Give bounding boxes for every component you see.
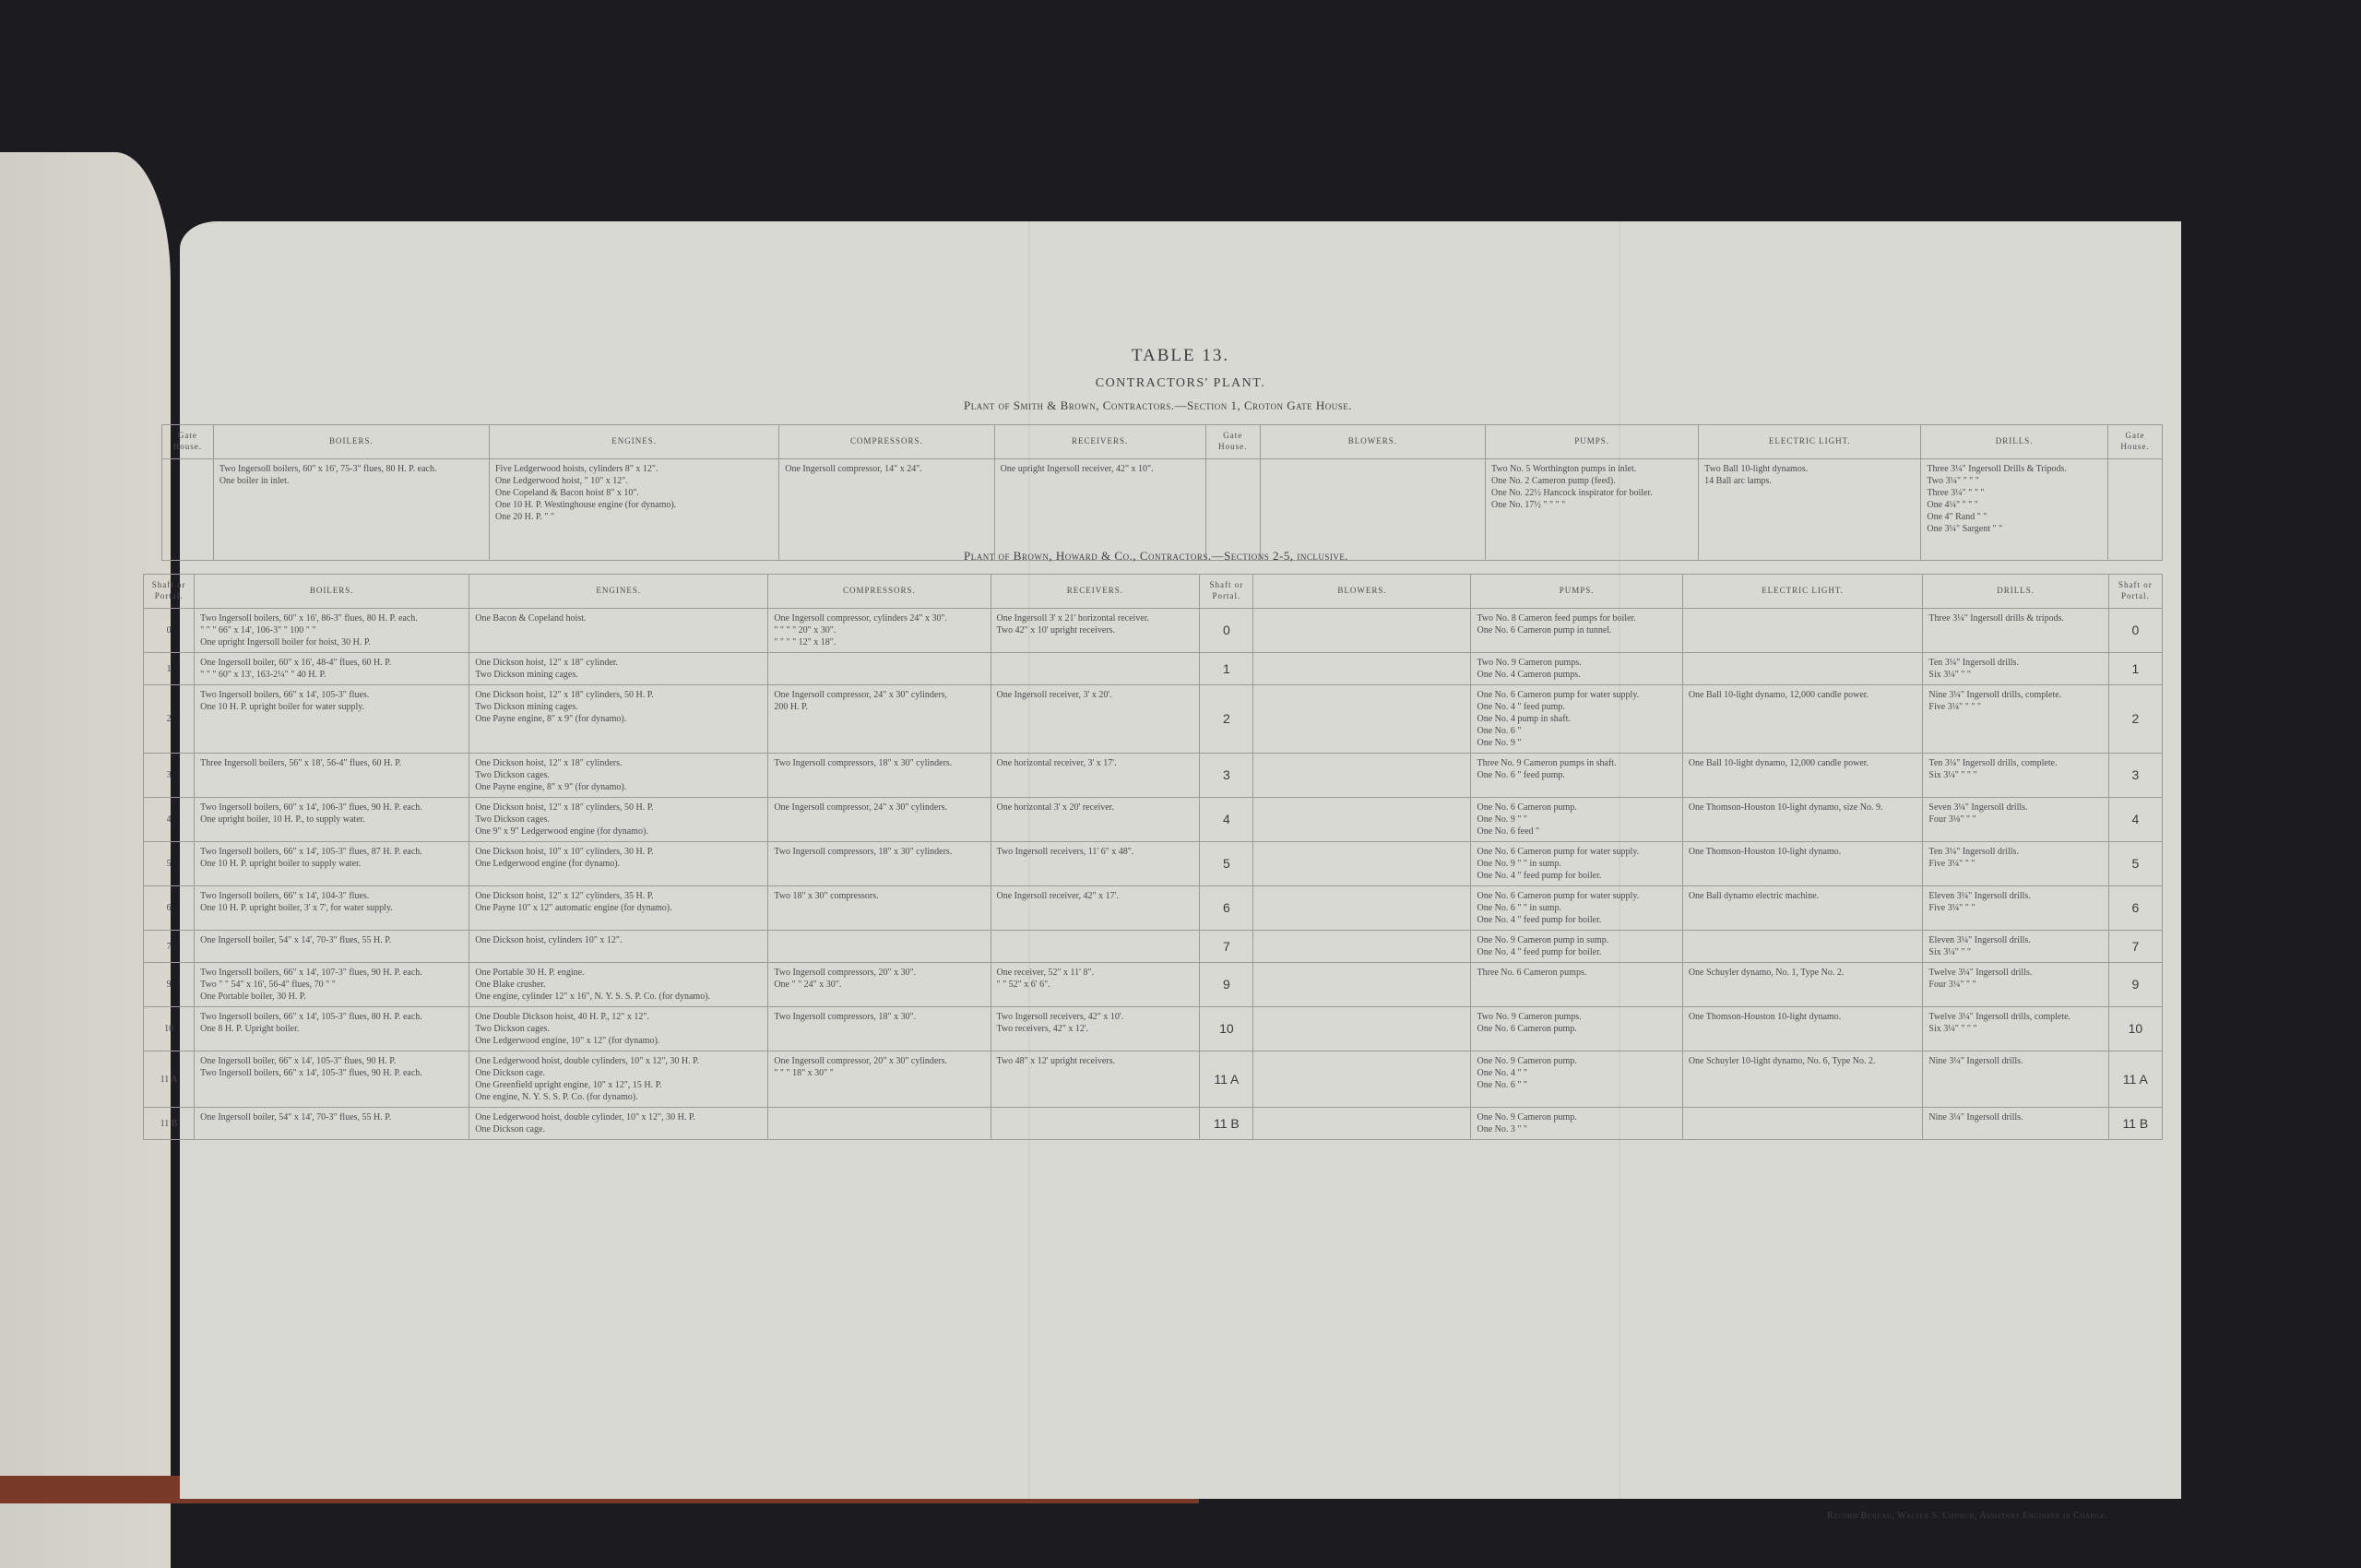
cell-line: One upright Ingersoll receiver, 42" x 10… [1001, 463, 1200, 475]
cell-line: One Ingersoll 3' x 21' horizontal receiv… [997, 612, 1194, 624]
cell-line: Five 3¼" " " [1928, 902, 2102, 914]
table-cell: Two Ingersoll boilers, 60" x 16', 75-3" … [213, 459, 489, 561]
table-cell: One Ingersoll 3' x 21' horizontal receiv… [991, 609, 1200, 653]
cell-line: One No. 9 Cameron pump. [1477, 1111, 1676, 1123]
cell-line: Two Ingersoll boilers, 66" x 14', 105-3"… [200, 846, 463, 858]
table-cell [991, 931, 1200, 963]
table-cell: One Dickson hoist, 12" x 18" cylinders, … [469, 685, 768, 754]
cell-line: One Payne 10" x 12" automatic engine (fo… [475, 902, 762, 914]
shaft-number: 3 [2108, 754, 2162, 798]
column-header: RECEIVERS. [994, 425, 1205, 459]
table-cell: Two Ingersoll compressors, 18" x 30". [768, 1007, 991, 1051]
cell-line: One No. 4 " feed pump for boiler. [1477, 914, 1676, 926]
foldout-table-sheet: TABLE 13. CONTRACTORS' PLANT. Plant of S… [180, 221, 2181, 1499]
table-cell: One upright Ingersoll receiver, 42" x 10… [994, 459, 1205, 561]
cell-line: Two Ingersoll boilers, 66" x 14', 105-3"… [200, 1067, 463, 1079]
table-cell: One Portable 30 H. P. engine.One Blake c… [469, 963, 768, 1007]
cell-line: One Ball 10-light dynamo, 12,000 candle … [1689, 689, 1917, 701]
cell-line: " " " " 12" x 18". [774, 636, 984, 648]
table-cell: One Dickson hoist, 10" x 10" cylinders, … [469, 842, 768, 886]
cell-line: One Payne engine, 8" x 9" (for dynamo). [475, 781, 762, 793]
table-cell: One Double Dickson hoist, 40 H. P., 12" … [469, 1007, 768, 1051]
table-cell: One No. 9 Cameron pump.One No. 3 " " [1471, 1108, 1682, 1140]
cell-line: Three Ingersoll boilers, 56" x 18', 56-4… [200, 757, 463, 769]
cell-line: One Greenfield upright engine, 10" x 12"… [475, 1079, 762, 1091]
table-cell: One Dickson hoist, 12" x 18" cylinders.T… [469, 754, 768, 798]
table-cell: Eleven 3¼" Ingersoll drills.Six 3¼" " " [1923, 931, 2108, 963]
shaft-number: 9 [2108, 963, 2162, 1007]
cell-line: One No. 4 pump in shaft. [1477, 713, 1676, 725]
table-cell: One Ingersoll receiver, 3' x 20'. [991, 685, 1200, 754]
cell-line: One 3¼" Sargent " " [1927, 523, 2102, 535]
table-cell: Ten 3¼" Ingersoll drills.Five 3¼" " " [1923, 842, 2108, 886]
cell-line: One No. 6 Cameron pump for water supply. [1477, 846, 1676, 858]
cell-line: One 4¼" " " " [1927, 499, 2102, 511]
cell-line: Two Dickson mining cages. [475, 701, 762, 713]
shaft-number: 5 [144, 842, 195, 886]
table-cell: Two Ingersoll boilers, 60" x 16', 86-3" … [195, 609, 469, 653]
table-cell [1253, 886, 1471, 931]
cell-line: One Ingersoll compressor, 24" x 30" cyli… [774, 802, 984, 814]
cell-line: One No. 22½ Hancock inspirator for boile… [1491, 487, 1692, 499]
cell-line: Two Ingersoll compressors, 18" x 30". [774, 1011, 984, 1023]
cell-line: One Ingersoll boiler, 66" x 14', 105-3" … [200, 1055, 463, 1067]
cell-line: One No. 4 Cameron pumps. [1477, 669, 1676, 681]
cell-line: Two Ingersoll boilers, 66" x 14', 105-3"… [200, 689, 463, 701]
table-cell: One No. 9 Cameron pump in sump.One No. 4… [1471, 931, 1682, 963]
column-header: Gate House. [162, 425, 214, 459]
shaft-number [162, 459, 214, 561]
cell-line: Five 3¼" " " [1928, 858, 2102, 870]
table-row: 9Two Ingersoll boilers, 66" x 14', 107-3… [144, 963, 2163, 1007]
cell-line: One Portable boiler, 30 H. P. [200, 991, 463, 1003]
cell-line: One upright Ingersoll boiler for hoist, … [200, 636, 463, 648]
cell-line: Two Ingersoll boilers, 60" x 16', 75-3" … [219, 463, 483, 475]
column-header: DRILLS. [1923, 575, 2108, 609]
shaft-number [2107, 459, 2162, 561]
cell-line: One No. 6 " " [1477, 1079, 1676, 1091]
column-header: ENGINES. [469, 575, 768, 609]
cell-line: One No. 6 Cameron pump for water supply. [1477, 689, 1676, 701]
cell-line: Eleven 3¼" Ingersoll drills. [1928, 890, 2102, 902]
table-cell: Three 3¼" Ingersoll drills & tripods. [1923, 609, 2108, 653]
table-cell: One Ingersoll boiler, 60" x 16', 48-4" f… [195, 653, 469, 685]
section2-table: Shaft or Portal.BOILERS.ENGINES.COMPRESS… [143, 574, 2163, 1140]
cell-line: One Ball 10-light dynamo, 12,000 candle … [1689, 757, 1917, 769]
shaft-number: 11 A [2108, 1051, 2162, 1108]
cell-line: Six 3¼" " " " [1928, 1023, 2102, 1035]
cell-line: Ten 3¼" Ingersoll drills. [1928, 846, 2102, 858]
cell-line: Two receivers, 42" x 12'. [997, 1023, 1194, 1035]
cell-line: One No. 4 " feed pump for boiler. [1477, 946, 1676, 958]
column-header: Gate House. [1205, 425, 1260, 459]
cell-line: Ten 3¼" Ingersoll drills, complete. [1928, 757, 2102, 769]
cell-line: Three No. 6 Cameron pumps. [1477, 967, 1676, 979]
table-cell: One Thomson-Houston 10-light dynamo, siz… [1682, 798, 1923, 842]
cell-line: One Ball dynamo electric machine. [1689, 890, 1917, 902]
table-cell: One Ingersoll boiler, 66" x 14', 105-3" … [195, 1051, 469, 1108]
cell-line: One Ledgerwood engine (for dynamo). [475, 858, 762, 870]
table-cell: Two Ingersoll receivers, 11' 6" x 48". [991, 842, 1200, 886]
shaft-number: 2 [1200, 685, 1253, 754]
table-cell [1253, 609, 1471, 653]
table-cell [1253, 1051, 1471, 1108]
column-header: COMPRESSORS. [768, 575, 991, 609]
shaft-number: 6 [144, 886, 195, 931]
table-row: 6Two Ingersoll boilers, 66" x 14', 104-3… [144, 886, 2163, 931]
shaft-number: 4 [1200, 798, 1253, 842]
cell-line: " " 52" x 6' 6". [997, 979, 1194, 991]
table-cell: One No. 6 Cameron pump for water supply.… [1471, 842, 1682, 886]
cell-line: One 8 H. P. Upright boiler. [200, 1023, 463, 1035]
table-row: 1One Ingersoll boiler, 60" x 16', 48-4" … [144, 653, 2163, 685]
shaft-number: 11 B [144, 1108, 195, 1140]
cell-line: One No. 6 " feed pump. [1477, 769, 1676, 781]
cell-line: One Ingersoll compressor, 24" x 30" cyli… [774, 689, 984, 701]
table-cell [1682, 609, 1923, 653]
table-cell: Two No. 5 Worthington pumps in inlet.One… [1486, 459, 1699, 561]
cell-line: One No. 9 Cameron pump. [1477, 1055, 1676, 1067]
cell-line: Four 3⅛" " " [1928, 814, 2102, 826]
cell-line: One No. 6 Cameron pump for water supply. [1477, 890, 1676, 902]
table-cell: One No. 6 Cameron pump for water supply.… [1471, 886, 1682, 931]
table-cell: One Thomson-Houston 10-light dynamo. [1682, 842, 1923, 886]
cell-line: Two Ingersoll compressors, 18" x 30" cyl… [774, 757, 984, 769]
shaft-number: 2 [144, 685, 195, 754]
table-cell: One Ingersoll boiler, 54" x 14', 70-3" f… [195, 931, 469, 963]
cell-line: Two Ingersoll compressors, 18" x 30" cyl… [774, 846, 984, 858]
cell-line: One No. 4 " feed pump for boiler. [1477, 870, 1676, 882]
table-cell: One Schuyler dynamo, No. 1, Type No. 2. [1682, 963, 1923, 1007]
table-cell: One Bacon & Copeland hoist. [469, 609, 768, 653]
cell-line: Two Ingersoll boilers, 66" x 14', 104-3"… [200, 890, 463, 902]
column-header: ELECTRIC LIGHT. [1682, 575, 1923, 609]
shaft-number: 7 [1200, 931, 1253, 963]
cell-line: One Dickson hoist, 12" x 12" cylinders, … [475, 890, 762, 902]
table-cell [1253, 798, 1471, 842]
cell-line: One Ingersoll compressor, cylinders 24" … [774, 612, 984, 624]
shaft-number: 11 B [2108, 1108, 2162, 1140]
column-header: PUMPS. [1471, 575, 1682, 609]
shaft-number: 11 A [144, 1051, 195, 1108]
table-cell: Two Ingersoll boilers, 66" x 14', 105-3"… [195, 842, 469, 886]
table-cell: One Ingersoll compressor, 24" x 30" cyli… [768, 798, 991, 842]
cell-line: One No. 17½ " " " " [1491, 499, 1692, 511]
column-header: COMPRESSORS. [779, 425, 994, 459]
cell-line: Two No. 9 Cameron pumps. [1477, 657, 1676, 669]
table-subtitle: CONTRACTORS' PLANT. [180, 376, 2181, 391]
table-cell [1260, 459, 1485, 561]
cell-line: One Dickson hoist, 12" x 18" cylinders. [475, 757, 762, 769]
table-cell [1253, 1007, 1471, 1051]
cell-line: One Dickson hoist, 12" x 18" cylinders, … [475, 689, 762, 701]
table-cell: One receiver, 52" x 11' 8". " " 52" x 6'… [991, 963, 1200, 1007]
cell-line: One No. 9 " [1477, 737, 1676, 749]
table-title: TABLE 13. [180, 346, 2181, 366]
cell-line: One Ingersoll compressor, 14" x 24". [785, 463, 988, 475]
cell-line: One 4" Rand " " [1927, 511, 2102, 523]
table-cell: Two Ingersoll boilers, 66" x 14', 104-3"… [195, 886, 469, 931]
cell-line: Eleven 3¼" Ingersoll drills. [1928, 934, 2102, 946]
cell-line: " " " 66" x 14', 106-3" " 100 " " [200, 624, 463, 636]
cell-line: One engine, N. Y. S. S. P. Co. (for dyna… [475, 1091, 762, 1103]
shaft-number: 1 [144, 653, 195, 685]
table-cell: Two Ingersoll receivers, 42" x 10'.Two r… [991, 1007, 1200, 1051]
table-cell: Three Ingersoll boilers, 56" x 18', 56-4… [195, 754, 469, 798]
cell-line: One upright boiler, 10 H. P., to supply … [200, 814, 463, 826]
cell-line: One No. 4 " feed pump. [1477, 701, 1676, 713]
shaft-number: 10 [1200, 1007, 1253, 1051]
table-cell [1253, 685, 1471, 754]
column-header: BLOWERS. [1253, 575, 1471, 609]
shaft-number: 0 [144, 609, 195, 653]
table-cell: Two Ingersoll compressors, 20" x 30".One… [768, 963, 991, 1007]
shaft-number: 3 [144, 754, 195, 798]
cell-line: One Thomson-Houston 10-light dynamo. [1689, 846, 1917, 858]
cell-line: Two 18" x 30" compressors. [774, 890, 984, 902]
column-header: ELECTRIC LIGHT. [1699, 425, 1921, 459]
table-cell [1253, 963, 1471, 1007]
table-row: 2Two Ingersoll boilers, 66" x 14', 105-3… [144, 685, 2163, 754]
column-header: Shaft or Portal. [1200, 575, 1253, 609]
table-cell: Nine 3¼" Ingersoll drills. [1923, 1108, 2108, 1140]
cell-line: Seven 3¼" Ingersoll drills. [1928, 802, 2102, 814]
table-row: 5Two Ingersoll boilers, 66" x 14', 105-3… [144, 842, 2163, 886]
cell-line: One Dickson hoist, 12" x 18" cylinders, … [475, 802, 762, 814]
table-cell: Two No. 9 Cameron pumps.One No. 4 Camero… [1471, 653, 1682, 685]
cell-line: Five 3¼" " " " [1928, 701, 2102, 713]
cell-line: One Dickson hoist, 12" x 18" cylinder. [475, 657, 762, 669]
table-cell [1253, 653, 1471, 685]
section2-heading: Plant of Brown, Howard & Co., Contractor… [964, 549, 1348, 564]
table-cell: One Ball 10-light dynamo, 12,000 candle … [1682, 685, 1923, 754]
cell-line: One 10 H. P. upright boiler to supply wa… [200, 858, 463, 870]
shaft-number: 10 [2108, 1007, 2162, 1051]
cell-line: Twelve 3¼" Ingersoll drills, complete. [1928, 1011, 2102, 1023]
cell-line: Two No. 9 Cameron pumps. [1477, 1011, 1676, 1023]
cell-line: One Ingersoll receiver, 3' x 20'. [997, 689, 1194, 701]
cell-line: One Ledgerwood hoist, double cylinder, 1… [475, 1111, 762, 1123]
cell-line: Four 3¼" " " [1928, 979, 2102, 991]
cell-line: One Ingersoll boiler, 54" x 14', 70-3" f… [200, 1111, 463, 1123]
table-cell: One No. 6 Cameron pump for water supply.… [1471, 685, 1682, 754]
cell-line: Two Ingersoll boilers, 60" x 14', 106-3"… [200, 802, 463, 814]
table-cell: Nine 3¼" Ingersoll drills, complete.Five… [1923, 685, 2108, 754]
table-cell: Twelve 3¼" Ingersoll drills.Four 3¼" " " [1923, 963, 2108, 1007]
section1-header-row: Gate House.BOILERS.ENGINES.COMPRESSORS.R… [162, 425, 2163, 459]
cell-line: One horizontal receiver, 3' x 17'. [997, 757, 1194, 769]
cell-line: Nine 3¼" Ingersoll drills. [1928, 1111, 2102, 1123]
table-row: 4Two Ingersoll boilers, 60" x 14', 106-3… [144, 798, 2163, 842]
table-cell: Two Ingersoll boilers, 66" x 14', 105-3"… [195, 685, 469, 754]
table-cell: Two Ingersoll compressors, 18" x 30" cyl… [768, 842, 991, 886]
table-cell: Two Ingersoll boilers, 60" x 14', 106-3"… [195, 798, 469, 842]
column-header: RECEIVERS. [991, 575, 1200, 609]
column-header: Shaft or Portal. [2108, 575, 2162, 609]
cell-line: Two Dickson cages. [475, 769, 762, 781]
cell-line: Nine 3¼" Ingersoll drills. [1928, 1055, 2102, 1067]
cell-line: Two Ingersoll boilers, 66" x 14', 105-3"… [200, 1011, 463, 1023]
shaft-number: 1 [1200, 653, 1253, 685]
shaft-number: 2 [2108, 685, 2162, 754]
table-cell: Three No. 6 Cameron pumps. [1471, 963, 1682, 1007]
table-cell [1682, 1108, 1923, 1140]
shaft-number: 0 [1200, 609, 1253, 653]
cell-line: One Ingersoll boiler, 60" x 16', 48-4" f… [200, 657, 463, 669]
cell-line: Two 42" x 10' upright receivers. [997, 624, 1194, 636]
shaft-number: 11 A [1200, 1051, 1253, 1108]
cell-line: Six 3¼" " " [1928, 669, 2102, 681]
table-cell: Three No. 9 Cameron pumps in shaft.One N… [1471, 754, 1682, 798]
cell-line: One Schuyler 10-light dynamo, No. 6, Typ… [1689, 1055, 1917, 1067]
cell-line: One Dickson cage. [475, 1123, 762, 1135]
table-row: 3Three Ingersoll boilers, 56" x 18', 56-… [144, 754, 2163, 798]
table-cell: Five Ledgerwood hoists, cylinders 8" x 1… [489, 459, 778, 561]
shaft-number: 3 [1200, 754, 1253, 798]
shaft-number: 11 B [1200, 1108, 1253, 1140]
cell-line: One horizontal 3' x 20' receiver. [997, 802, 1194, 814]
cell-line: One Double Dickson hoist, 40 H. P., 12" … [475, 1011, 762, 1023]
column-header: BOILERS. [195, 575, 469, 609]
table-cell: Two Ingersoll boilers, 66" x 14', 105-3"… [195, 1007, 469, 1051]
cell-line: One No. 6 Cameron pump. [1477, 1023, 1676, 1035]
section1-heading: Plant of Smith & Brown, Contractors.—Sec… [964, 398, 1352, 413]
cell-line: One Ingersoll receiver, 42" x 17'. [997, 890, 1194, 902]
table-cell [1253, 754, 1471, 798]
table-cell: Twelve 3¼" Ingersoll drills, complete.Si… [1923, 1007, 2108, 1051]
table-cell: One Ingersoll compressor, 20" x 30" cyli… [768, 1051, 991, 1108]
cell-line: Three 3¼" " " " [1927, 487, 2102, 499]
section1-table: Gate House.BOILERS.ENGINES.COMPRESSORS.R… [161, 424, 2163, 561]
cell-line: One No. 9 " " [1477, 814, 1676, 826]
table-cell [1253, 931, 1471, 963]
footer-credit: Record Bureau, Walter S. Church, Assista… [1827, 1511, 2107, 1521]
cell-line: One 20 H. P. " " [495, 511, 773, 523]
cell-line: One Thomson-Houston 10-light dynamo, siz… [1689, 802, 1917, 814]
table-cell: One Thomson-Houston 10-light dynamo. [1682, 1007, 1923, 1051]
cell-line: Two Ingersoll boilers, 66" x 14', 107-3"… [200, 967, 463, 979]
cell-line: Ten 3¼" Ingersoll drills. [1928, 657, 2102, 669]
column-header: ENGINES. [489, 425, 778, 459]
table-cell: One horizontal receiver, 3' x 17'. [991, 754, 1200, 798]
cell-line: One No. 9 Cameron pump in sump. [1477, 934, 1676, 946]
cell-line: One No. 4 " " [1477, 1067, 1676, 1079]
cell-line: One receiver, 52" x 11' 8". [997, 967, 1194, 979]
cell-line: One No. 6 Cameron pump. [1477, 802, 1676, 814]
table-row: 7One Ingersoll boiler, 54" x 14', 70-3" … [144, 931, 2163, 963]
cell-line: Six 3¼" " " [1928, 946, 2102, 958]
cell-line: One Schuyler dynamo, No. 1, Type No. 2. [1689, 967, 1917, 979]
cell-line: Two Dickson cages. [475, 814, 762, 826]
shaft-number [1205, 459, 1260, 561]
table-cell: One Ingersoll compressor, 14" x 24". [779, 459, 994, 561]
cell-line: " " " 60" x 13', 163-2¼" " 40 H. P. [200, 669, 463, 681]
table-cell: One Dickson hoist, 12" x 18" cylinder.Tw… [469, 653, 768, 685]
table-cell: One Ingersoll compressor, 24" x 30" cyli… [768, 685, 991, 754]
column-header: PUMPS. [1486, 425, 1699, 459]
table-cell: Seven 3¼" Ingersoll drills.Four 3⅛" " " [1923, 798, 2108, 842]
shaft-number: 1 [2108, 653, 2162, 685]
cell-line: Two Ingersoll receivers, 11' 6" x 48". [997, 846, 1194, 858]
table-row: 11 BOne Ingersoll boiler, 54" x 14', 70-… [144, 1108, 2163, 1140]
table-cell: Two Ingersoll boilers, 66" x 14', 107-3"… [195, 963, 469, 1007]
table-cell: One Dickson hoist, 12" x 12" cylinders, … [469, 886, 768, 931]
table-cell: Three 3¼" Ingersoll Drills & Tripods.Two… [1921, 459, 2108, 561]
cell-line: Three 3¼" Ingersoll drills & tripods. [1928, 612, 2102, 624]
table-cell: One Schuyler 10-light dynamo, No. 6, Typ… [1682, 1051, 1923, 1108]
cell-line: One 10 H. P. Westinghouse engine (for dy… [495, 499, 773, 511]
cell-line: One No. 9 " " in sump. [1477, 858, 1676, 870]
cell-line: Five Ledgerwood hoists, cylinders 8" x 1… [495, 463, 773, 475]
table-cell: One horizontal 3' x 20' receiver. [991, 798, 1200, 842]
cell-line: One Dickson hoist, 10" x 10" cylinders, … [475, 846, 762, 858]
shaft-number: 9 [144, 963, 195, 1007]
cell-line: One Thomson-Houston 10-light dynamo. [1689, 1011, 1917, 1023]
cell-line: " " " 18" x 30" " [774, 1067, 984, 1079]
column-header: BOILERS. [213, 425, 489, 459]
table-cell: Eleven 3¼" Ingersoll drills.Five 3¼" " " [1923, 886, 2108, 931]
column-header: Shaft or Portal. [144, 575, 195, 609]
cell-line: One No. 6 " [1477, 725, 1676, 737]
table-cell: Ten 3¼" Ingersoll drills.Six 3¼" " " [1923, 653, 2108, 685]
cell-line: One 10 H. P. upright boiler, 3' x 7', fo… [200, 902, 463, 914]
shaft-number: 4 [2108, 798, 2162, 842]
cell-line: Two " " 54" x 16', 56-4" flues, 70 " " [200, 979, 463, 991]
cell-line: One Ledgerwood hoist, " 10" x 12". [495, 475, 773, 487]
cell-line: Two No. 5 Worthington pumps in inlet. [1491, 463, 1692, 475]
shaft-number: 0 [2108, 609, 2162, 653]
table-cell [768, 931, 991, 963]
table-cell [768, 1108, 991, 1140]
shaft-number: 10 [144, 1007, 195, 1051]
cell-line: Three 3¼" Ingersoll Drills & Tripods. [1927, 463, 2102, 475]
cell-line: Two Dickson cages. [475, 1023, 762, 1035]
table-cell: Two No. 8 Cameron feed pumps for boiler.… [1471, 609, 1682, 653]
table-cell: One Ball dynamo electric machine. [1682, 886, 1923, 931]
table-cell [991, 1108, 1200, 1140]
cell-line: Two 48" x 12' upright receivers. [997, 1055, 1194, 1067]
shaft-number: 9 [1200, 963, 1253, 1007]
table-cell: One Dickson hoist, cylinders 10" x 12". [469, 931, 768, 963]
shaft-number: 5 [1200, 842, 1253, 886]
table-row: Two Ingersoll boilers, 60" x 16', 75-3" … [162, 459, 2163, 561]
table-cell: One Ingersoll compressor, cylinders 24" … [768, 609, 991, 653]
cell-line: Two Ball 10-light dynamos. [1704, 463, 1915, 475]
table-cell [1682, 931, 1923, 963]
cell-line: One Payne engine, 8" x 9" (for dynamo). [475, 713, 762, 725]
cell-line: " " " " 20" x 30". [774, 624, 984, 636]
table-cell: Ten 3¼" Ingersoll drills, complete.Six 3… [1923, 754, 2108, 798]
cell-line: One " " 24" x 30". [774, 979, 984, 991]
cell-line: Two Ingersoll compressors, 20" x 30". [774, 967, 984, 979]
cell-line: One Dickson cage. [475, 1067, 762, 1079]
cell-line: Two Ingersoll boilers, 60" x 16', 86-3" … [200, 612, 463, 624]
shaft-number: 6 [1200, 886, 1253, 931]
table-cell [991, 653, 1200, 685]
cell-line: One Ledgerwood hoist, double cylinders, … [475, 1055, 762, 1067]
column-header: BLOWERS. [1260, 425, 1485, 459]
table-cell: Two Ingersoll compressors, 18" x 30" cyl… [768, 754, 991, 798]
cell-line: Twelve 3¼" Ingersoll drills. [1928, 967, 2102, 979]
cell-line: One No. 3 " " [1477, 1123, 1676, 1135]
table-cell [1253, 842, 1471, 886]
cell-line: One Blake crusher. [475, 979, 762, 991]
cell-line: One Copeland & Bacon hoist 8" x 10". [495, 487, 773, 499]
table-cell: One Ledgerwood hoist, double cylinders, … [469, 1051, 768, 1108]
cell-line: 14 Ball arc lamps. [1704, 475, 1915, 487]
table-cell: Nine 3¼" Ingersoll drills. [1923, 1051, 2108, 1108]
cell-line: Two No. 8 Cameron feed pumps for boiler. [1477, 612, 1676, 624]
